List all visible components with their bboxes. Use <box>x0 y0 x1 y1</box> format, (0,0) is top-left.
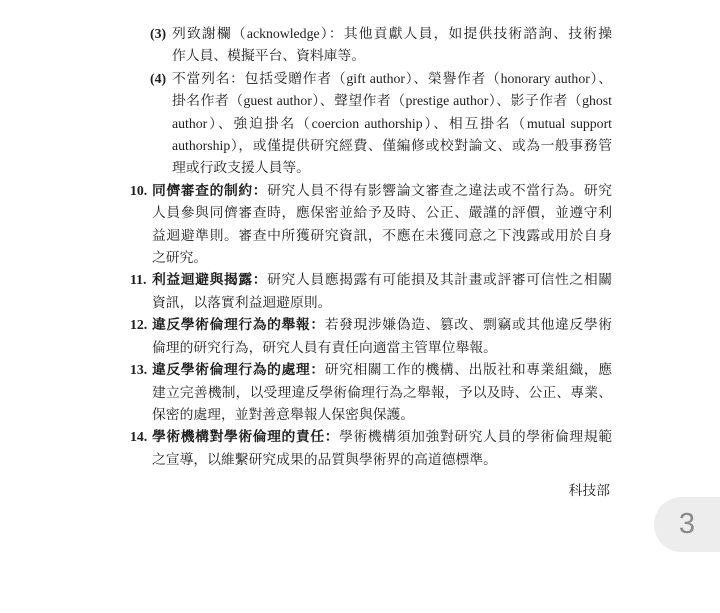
text-line: 人員參與同儕審查時，應保密並給予及時、公正、嚴謹的評價，並遵守利 <box>152 202 612 224</box>
item-title: 違反學術倫理行為的處理： <box>152 362 325 377</box>
text-line: 同儕審查的制約：研究人員不得有影響論文審查之違法或不當行為。研究 <box>152 180 612 202</box>
document-page: (3) 列致謝欄（acknowledge）：其他貢獻人員，如提供技術諮詢、技術操… <box>0 0 720 613</box>
item-marker: (4) <box>150 68 166 90</box>
text-line: 理或行政支援人員等。 <box>172 157 612 179</box>
page-number-indicator: 3 <box>654 497 720 552</box>
text-line: 違反學術倫理行為的舉報：若發現涉嫌偽造、篡改、剽竊或其他違反學術 <box>152 314 612 336</box>
item-marker: 10. <box>130 180 147 202</box>
text-line: 違反學術倫理行為的處理：研究相關工作的機構、出版社和專業組織，應 <box>152 359 612 381</box>
text-line: 利益迴避與揭露：研究人員應揭露有可能損及其計畫或評審可信性之相關 <box>152 269 612 291</box>
list-item: 14. 學術機構對學術倫理的責任：學術機構須加強對研究人員的學術倫理規範 之宣導… <box>130 426 612 471</box>
text-line: 列致謝欄（acknowledge）：其他貢獻人員，如提供技術諮詢、技術操 <box>172 23 612 45</box>
item-title: 學術機構對學術倫理的責任： <box>152 429 339 444</box>
item-text: 研究相關工作的機構、出版社和專業組織，應 <box>325 362 612 377</box>
text-line: 建立完善機制，以受理違反學術倫理行為之舉報，予以及時、公正、專業、 <box>152 382 612 404</box>
text-line: author）、強迫掛名（coercion authorship）、相互掛名（m… <box>172 113 612 135</box>
text-line: 作人員、模擬平台、資料庫等。 <box>172 45 612 67</box>
text-line: 資訊，以落實利益迴避原則。 <box>152 292 612 314</box>
text-line: 之研究。 <box>152 247 612 269</box>
text-line: 倫理的研究行為，研究人員有責任向適當主管單位舉報。 <box>152 337 612 359</box>
item-title: 同儕審查的制約： <box>152 183 267 198</box>
item-text: 若發現涉嫌偽造、篡改、剽竊或其他違反學術 <box>325 317 612 332</box>
list-item: (3) 列致謝欄（acknowledge）：其他貢獻人員，如提供技術諮詢、技術操… <box>130 23 612 68</box>
item-title: 利益迴避與揭露： <box>152 272 267 287</box>
text-line: 掛名作者（guest author）、聲望作者（prestige author）… <box>172 90 612 112</box>
page-number: 3 <box>679 508 695 541</box>
item-marker: 12. <box>130 314 147 336</box>
item-text: 研究人員應揭露有可能損及其計畫或評審可信性之相關 <box>267 272 612 287</box>
list-item: 12. 違反學術倫理行為的舉報：若發現涉嫌偽造、篡改、剽竊或其他違反學術 倫理的… <box>130 314 612 359</box>
text-line: 保密的處理，並對善意舉報人保密與保護。 <box>152 404 612 426</box>
text-line: 學術機構對學術倫理的責任：學術機構須加強對研究人員的學術倫理規範 <box>152 426 612 448</box>
text-line: 之宣導，以維繫研究成果的品質與學術界的高道德標準。 <box>152 449 612 471</box>
item-text: 學術機構須加強對研究人員的學術倫理規範 <box>339 429 612 444</box>
text-line: authorship），或僅提供研究經費、僅編修或校對論文、或為一般事務管 <box>172 135 612 157</box>
item-marker: 13. <box>130 359 147 381</box>
item-title: 違反學術倫理行為的舉報： <box>152 317 325 332</box>
document-content: (3) 列致謝欄（acknowledge）：其他貢獻人員，如提供技術諮詢、技術操… <box>130 23 612 471</box>
signature: 科技部 <box>130 480 610 502</box>
list-item: 10. 同儕審查的制約：研究人員不得有影響論文審查之違法或不當行為。研究 人員參… <box>130 180 612 270</box>
item-text: 研究人員不得有影響論文審查之違法或不當行為。研究 <box>267 183 612 198</box>
list-item: 13. 違反學術倫理行為的處理：研究相關工作的機構、出版社和專業組織，應 建立完… <box>130 359 612 426</box>
item-marker: 11. <box>130 269 147 291</box>
list-item: 11. 利益迴避與揭露：研究人員應揭露有可能損及其計畫或評審可信性之相關 資訊，… <box>130 269 612 314</box>
item-marker: 14. <box>130 426 147 448</box>
item-marker: (3) <box>150 23 166 45</box>
text-line: 不當列名：包括受贈作者（gift author）、榮譽作者（honorary a… <box>172 68 612 90</box>
list-item: (4) 不當列名：包括受贈作者（gift author）、榮譽作者（honora… <box>130 68 612 180</box>
text-line: 益迴避準則。審查中所獲研究資訊，不應在未獲同意之下洩露或用於自身 <box>152 225 612 247</box>
